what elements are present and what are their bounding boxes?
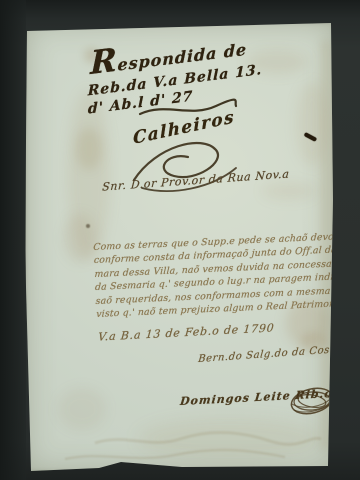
letter-paper: Respondida de Reb.da V.a Bella 13. d' Ab… [0,0,360,480]
paper-edge-shadow [25,22,334,472]
manuscript-photo: Respondida de Reb.da V.a Bella 13. d' Ab… [0,0,360,480]
